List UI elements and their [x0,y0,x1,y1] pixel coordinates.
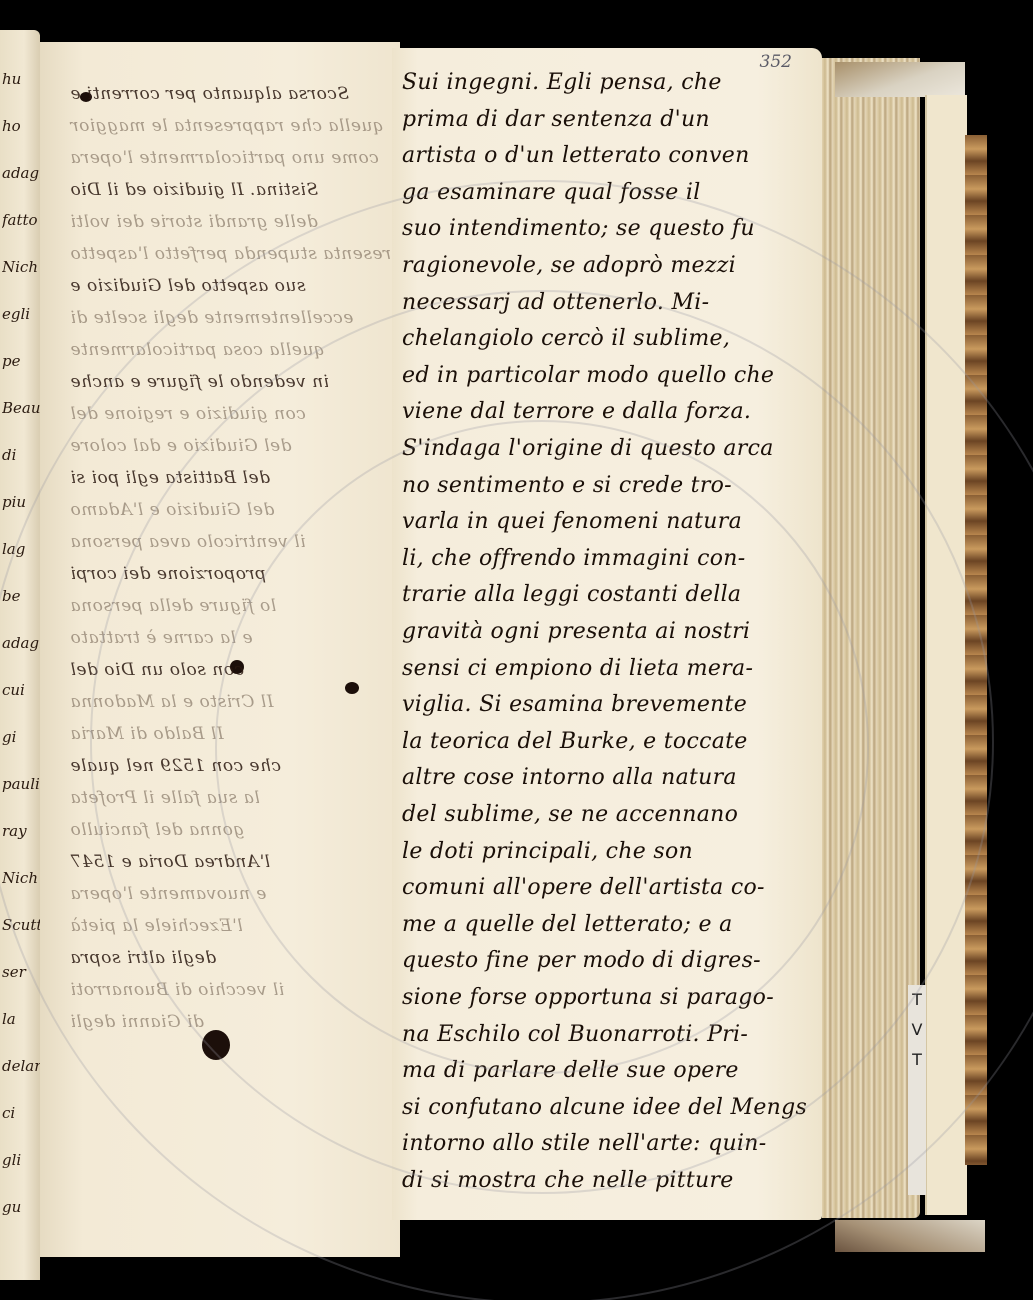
edge-text-fragment: Nich [2,869,40,887]
edge-text-fragment: piu [2,493,40,511]
edge-text-fragment: di [2,446,40,464]
folio-number: 352 [760,52,792,72]
stacked-page-edges [822,58,920,1218]
bleedthrough-line: degli altri sopra [70,948,216,968]
bleedthrough-line: Il Baldo di Maria [70,724,224,744]
bleedthrough-line: del Giudizio e dal colore [70,436,292,456]
manuscript-line: varla in quei fenomeni natura [402,509,807,534]
bleedthrough-line: presenta stupenda perfetto l'aspetto [70,244,403,264]
edge-text-fragment: Scutti [2,916,40,934]
bleedthrough-line: e la carne è trattato [70,628,253,648]
cover-corner-bottom [835,1220,985,1252]
edge-text-fragment: adagio [2,634,40,652]
edge-text-fragment: Beau [2,399,40,417]
printed-slip: T V T [908,985,926,1195]
bleedthrough-line: proporzione dei corpi [70,564,266,584]
bleedthrough-line: gonna del fanciullo [70,820,244,840]
manuscript-line: altre cose intorno alla natura [402,765,807,790]
edge-text-fragment: gli [2,1151,40,1169]
edge-text-fragment: gu [2,1198,40,1216]
manuscript-line: artista o d'un letterato conven [402,143,807,168]
edge-text-fragment: be [2,587,40,605]
edge-text-fragment: adagio [2,164,40,182]
marbled-cover-edge [965,135,987,1165]
bleedthrough-line: delle grandi storie dei volti [70,212,318,232]
bleedthrough-line: con solo un Dio del [70,660,244,680]
manuscript-line: prima di dar sentenza d'un [402,107,807,132]
bleedthrough-line: quella cosa particolarmente [70,340,325,360]
bleedthrough-line: il vecchio di Buonarroti [70,980,284,1000]
edge-text-fragment: fatto [2,211,40,229]
bleedthrough-line: di Gianni degli [70,1012,204,1032]
manuscript-line: intorno allo stile nell'arte: quin- [402,1131,807,1156]
inner-board [925,95,967,1215]
manuscript-line: di si mostra che nelle pitture [402,1168,807,1193]
edge-text-fragment: ray [2,822,40,840]
manuscript-line: del sublime, se ne accennano [402,802,807,827]
manuscript-line: trarie alla leggi costanti della [402,582,807,607]
bleedthrough-line: Il Cristo e la Madonna [70,692,273,712]
edge-text-fragment: egli [2,305,40,323]
left-curled-leaf: huhoadagiofattoNicheglipeBeaudipiulagbea… [0,30,40,1280]
left-page-bleedthrough: Scorsa alquanto per correnti equella che… [40,42,400,1257]
bleedthrough-line: come uno particolarmente l'opera [70,148,379,168]
ink-blot [345,682,359,694]
bleedthrough-line: la sua falle il Profeta [70,788,260,808]
manuscript-line: gravità ogni presenta ai nostri [402,619,807,644]
manuscript-line: sensi ci empiono di lieta mera- [402,656,807,681]
bleedthrough-line: con giudizio e regione del [70,404,306,424]
edge-text-fragment: pe [2,352,40,370]
edge-text-fragment: hu [2,70,40,88]
bleedthrough-line: Sistina. Il giudizio ed il Dio [70,180,318,200]
manuscript-line: la teorica del Burke, e toccate [402,729,807,754]
manuscript-line: viene dal terrore e dalla forza. [402,399,807,424]
edge-text-fragment: lag [2,540,40,558]
bleedthrough-line: e nuovamente l'opera [70,884,266,904]
bleedthrough-line: del Battista egli poi si [70,468,270,488]
manuscript-line: chelangiolo cercò il sublime, [402,326,807,351]
bleedthrough-line: del Giudizio e l'Adamo [70,500,274,520]
bleedthrough-line: eccellentemente degli scelte di [70,308,353,328]
manuscript-line: Sui ingegni. Egli pensa, che [402,70,807,95]
manuscript-line: na Eschilo col Buonarroti. Pri- [402,1022,807,1047]
manuscript-photo: huhoadagiofattoNicheglipeBeaudipiulagbea… [0,0,1033,1300]
manuscript-line: ma di parlare delle sue opere [402,1058,807,1083]
manuscript-line: me a quelle del letterato; e a [402,912,807,937]
manuscript-line: li, che offrendo immagini con- [402,546,807,571]
right-page-manuscript: 352 Sui ingegni. Egli pensa, cheprima di… [392,48,822,1220]
manuscript-line: S'indaga l'origine di questo arca [402,436,807,461]
manuscript-line: no sentimento e si crede tro- [402,473,807,498]
bleedthrough-line: lo figure della persona [70,596,276,616]
manuscript-line: sione forse opportuna si parago- [402,985,807,1010]
manuscript-line: necessarj ad ottenerlo. Mi- [402,290,807,315]
bleedthrough-line: in vedendo le figure e anche [70,372,329,392]
cover-corner-top [835,62,965,97]
manuscript-line: comuni all'opere dell'artista co- [402,875,807,900]
manuscript-line: ragionevole, se adoprò mezzi [402,253,807,278]
edge-text-fragment: ci [2,1104,40,1122]
edge-text-fragment: ser [2,963,40,981]
manuscript-line: suo intendimento; se questo fu [402,216,807,241]
manuscript-line: viglia. Si esamina brevemente [402,692,807,717]
edge-text-fragment: cui [2,681,40,699]
bleedthrough-line: Scorsa alquanto per correnti e [70,84,349,104]
manuscript-line: questo fine per modo di digres- [402,948,807,973]
bleedthrough-line: quella che rappresenta le maggior [70,116,384,136]
edge-text-fragment: pauli [2,775,40,793]
manuscript-line: si confutano alcune idee del Mengs [402,1095,807,1120]
manuscript-line: ed in particolar modo quello che [402,363,807,388]
bleedthrough-line: il ventricolo avea persona [70,532,306,552]
bleedthrough-line: suo aspetto del Giudizio e [70,276,306,296]
manuscript-line: ga esaminare qual fosse il [402,180,807,205]
bleedthrough-line: l'Andrea Doria e 1547 [70,852,270,872]
edge-text-fragment: delan [2,1057,40,1075]
manuscript-line: le doti principali, che son [402,839,807,864]
bleedthrough-line: che con 1529 nel quale [70,756,281,776]
edge-text-fragment: ho [2,117,40,135]
bleedthrough-line: l'Ezechiele la pietà [70,916,243,936]
edge-text-fragment: gi [2,728,40,746]
edge-text-fragment: la [2,1010,40,1028]
ink-blot [202,1030,230,1060]
edge-text-fragment: Nich [2,258,40,276]
